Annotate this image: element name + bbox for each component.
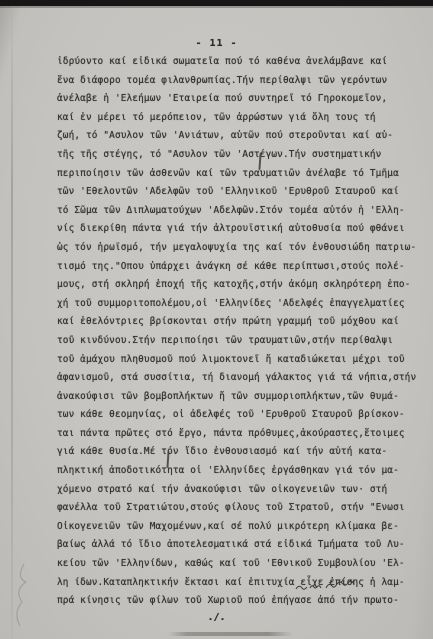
handwritten-note [293,580,363,596]
page-number: - 11 - [0,38,433,49]
text-line: ται πάντα πρῶτες στό ἔργο, πάντα πρόθυμε… [57,425,409,444]
text-line: τό Σῶμα τῶν Διπλωματούχων 'Αδελφῶν.Στόν … [57,202,409,221]
text-line: ἕνα διάφορο τομέα φιλανθρωπίας.Τήν περίθ… [57,72,409,91]
text-line: καί ἐν μέρει τό μερόπειον, τῶν ἀρρώστων … [57,109,409,128]
text-line: τῶν 'Εθελοντῶν 'Αδελφῶν τοῦ 'Ελληνικοῦ '… [57,183,409,202]
text-line: χόμενο στρατό καί τήν ἀνακούφισι τῶν οἰκ… [57,481,409,500]
text-line: βαίως ἀλλά τό ἴδιο ἀποτελεσματικά στά εἰ… [57,536,409,555]
scanned-document-page: - 11 - ἱδρύοντο καί εἰδικά σωματεῖα πού … [0,0,433,639]
text-line: Οἰκογενειῶν τῶν Μαχομένων,καί σέ πολύ μι… [57,518,409,537]
text-line: τοῦ κινδύνου.Στήν περιποίησι τῶν τραυματ… [57,332,409,351]
text-line: τοῦ ἀμάχου πληθυσμοῦ πού λιμοκτονεῖ ἤ κα… [57,351,409,370]
text-line: πληκτική ἀποδοτικότητα οἱ 'Ελληνίδες ἐργ… [57,462,409,481]
text-line: ἀνέλαβε ἡ 'Ελεήμων 'Εταιρεία πού συντηρε… [57,90,409,109]
text-line: κείου τῶν 'Ελληνίδων, καθώς καί τοῦ 'Εθν… [57,555,409,574]
text-line: καί ἐθελόντριες βρίσκονται στήν πρώτη γρ… [57,313,409,332]
text-line: των κάθε θεομηνίας, οἱ ἀδελφές τοῦ 'Ερυθ… [57,406,409,425]
text-line: μους, στή σκληρή ἐποχή τῆς κατοχῆς,στήν … [57,276,409,295]
text-line: ἀφανισμοῦ, στά συσσίτια, τή διανομή γάλα… [57,369,409,388]
document-lines: ἱδρύοντο καί εἰδικά σωματεῖα πού τό καθέ… [57,53,409,611]
text-line: χή τοῦ συμμοριτοπολέμου,οἱ 'Ελληνίδες 'Α… [57,295,409,314]
paper-crease [11,0,13,639]
text-line: ὡς τόν ἡρωϊσμό, τήν μεγαλοψυχία της καί … [57,239,409,258]
text-line: ἱδρύοντο καί εἰδικά σωματεῖα πού τό καθέ… [57,53,409,72]
text-line: νίς διεκρίθη πάντα γιά τήν ἀλτρουϊστική … [57,220,409,239]
text-line: τῆς τῆς στέγης, τό "Ασυλον τῶν 'Αστέγων.… [57,146,409,165]
text-line: φανέλλα τοῦ Στρατιώτου,στούς φίλους τοῦ … [57,499,409,518]
text-line: περιποίησιν τῶν ἀσθενῶν καί τῶν τραυματι… [57,165,409,184]
text-line: γιά κάθε θυσία.Μέ τόν ἴδιο ἐνθουσιασμό κ… [57,443,409,462]
scan-smudge [168,632,293,636]
scan-edge-top [0,0,433,6]
text-line: ζωή, τό "Ασυλον τῶν 'Ανιάτων, αὐτῶν πού … [57,127,409,146]
text-line: τισμό της."Οπου ὑπάρχει ἀνάγκη σέ κάθε π… [57,258,409,277]
continuation-mark: ./. [0,612,433,623]
text-line: ἀνακούφισι τῶν βομβοπλήκτων ἤ τῶν συμμορ… [57,388,409,407]
